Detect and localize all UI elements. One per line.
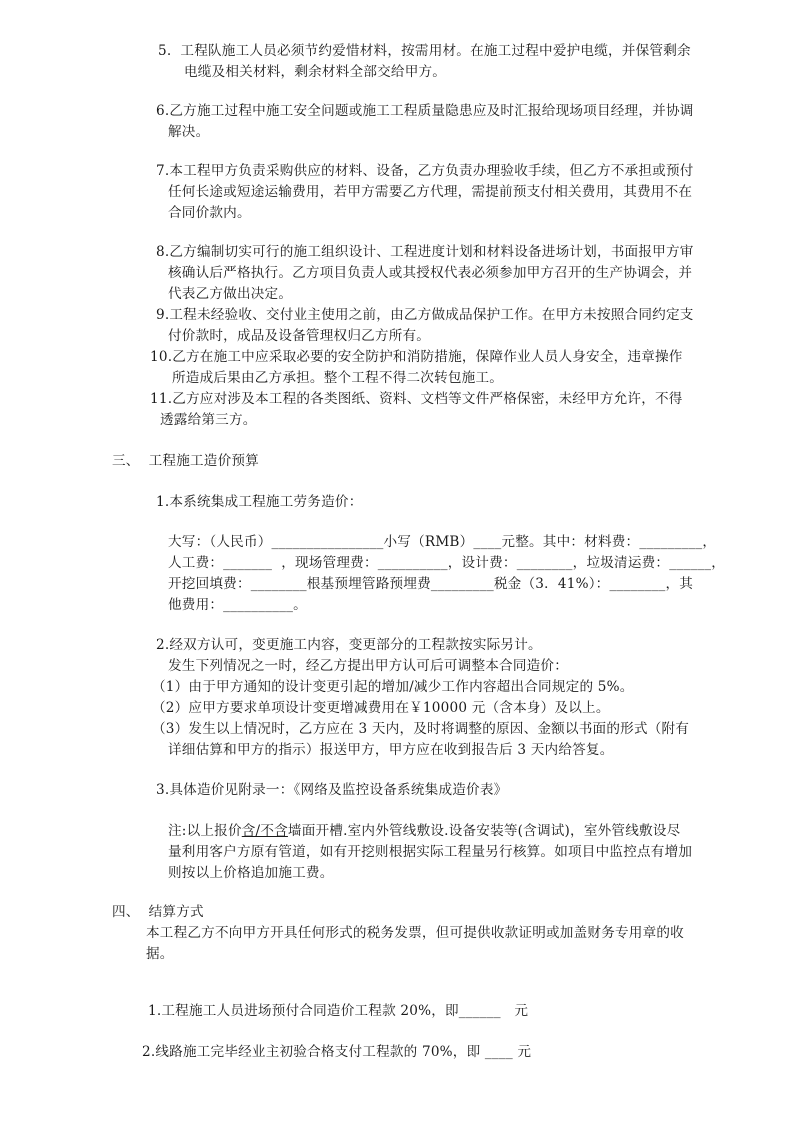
section-4-heading: 四、 结算方式 [112, 903, 204, 921]
price-item-2-line-1: 2.经双方认可，变更施工内容，变更部分的工程款按实际另计。 [156, 636, 542, 654]
note-line-2: 量利用客户方原有管道，如有开挖则根据实际工程量另行核算。如项目中监控点有增加 [168, 843, 692, 861]
price-breakdown-line-1: 大写：（人民币）________________小写（RMB）____元整。其中… [168, 533, 716, 551]
payment-item-2: 2.线路施工完毕经业主初验合格支付工程款的 70%，即 ____ 元 [142, 1043, 531, 1061]
condition-2: （2）应甲方要求单项设计变更增减费用在￥10000 元（含本身）及以上。 [152, 699, 610, 717]
clause-11-line-1: 11.乙方应对涉及本工程的各类图纸、资料、文档等文件严格保密，未经甲方允许，不得 [150, 390, 683, 408]
clause-5-line-1: 5. 工程队施工人员必须节约爱惜材料，按需用材。在施工过程中爱护电缆，并保管剩余 [158, 42, 691, 60]
settlement-line-1: 本工程乙方不向甲方开具任何形式的税务发票，但可提供收款证明或加盖财务专用章的收 [146, 924, 684, 942]
note-underlined-option: 含/不含 [242, 823, 288, 839]
clause-7-line-2: 任何长途或短途运输费用，若甲方需要乙方代理，需提前预支付相关费用，其费用不在 [168, 183, 692, 201]
clause-7-line-1: 7.本工程甲方负责采购供应的材料、设备，乙方负责办理验收手续，但乙方不承担或预付 [156, 162, 694, 180]
clause-5-line-2: 电缆及相关材料，剩余材料全部交给甲方。 [184, 63, 446, 81]
condition-1: （1）由于甲方通知的设计变更引起的增加/减少工作内容超出合同规定的 5%。 [152, 678, 634, 696]
note-prefix: 注:以上报价 [168, 823, 242, 839]
price-item-2-line-2: 发生下列情况之一时，经乙方提出甲方认可后可调整本合同造价： [168, 657, 568, 675]
clause-7-line-3: 合同价款内。 [168, 204, 251, 222]
condition-3-line-2: 详细估算和甲方的指示）报送甲方，甲方应在收到报告后 3 天内给答复。 [168, 741, 614, 759]
note-line-1: 注:以上报价含/不含墙面开槽.室内外管线敷设.设备安装等(含调试)，室外管线敷设… [168, 822, 680, 840]
price-breakdown-line-2: 人工费：_______ ，现场管理费：__________，设计费：______… [168, 554, 725, 572]
payment-item-1: 1.工程施工人员进场预付合同造价工程款 20%，即______ 元 [148, 1002, 528, 1020]
price-item-1-title: 1.本系统集成工程施工劳务造价： [156, 493, 362, 511]
clause-9-line-1: 9.工程未经验收、交付业主使用之前，由乙方做成品保护工作。在甲方未按照合同约定支 [156, 306, 694, 324]
price-breakdown-line-3: 开挖回填费：________根基预埋管路预埋费_________税金（3．41%… [168, 575, 693, 593]
section-3-heading: 三、 工程施工造价预算 [112, 452, 259, 470]
price-breakdown-line-4: 他费用：__________。 [168, 596, 307, 614]
clause-8-line-1: 8.乙方编制切实可行的施工组织设计、工程进度计划和材料设备进场计划，书面报甲方审 [156, 243, 694, 261]
clause-6-line-1: 6.乙方施工过程中施工安全问题或施工工程质量隐患应及时汇报给现场项目经理，并协调 [156, 102, 694, 120]
clause-10-line-2: 所造成后果由乙方承担。整个工程不得二次转包施工。 [172, 369, 503, 387]
settlement-line-2: 据。 [146, 945, 174, 963]
clause-8-line-3: 代表乙方做出决定。 [168, 285, 292, 303]
condition-3-line-1: （3）发生以上情况时，乙方应在 3 天内，及时将调整的原因、金额以书面的形式（附… [152, 720, 689, 738]
clause-11-line-2: 透露给第三方。 [160, 411, 257, 429]
clause-6-line-2: 解决。 [168, 123, 209, 141]
clause-9-line-2: 付价款时，成品及设备管理权归乙方所有。 [168, 327, 430, 345]
price-item-3: 3.具体造价见附录一：《网络及监控设备系统集成造价表》 [156, 781, 507, 799]
note-rest: 墙面开槽.室内外管线敷设.设备安装等(含调试)，室外管线敷设尽 [288, 823, 680, 839]
clause-10-line-1: 10.乙方在施工中应采取必要的安全防护和消防措施，保障作业人员人身安全，违章操作 [150, 348, 683, 366]
note-line-3: 则按以上价格追加施工费。 [168, 864, 334, 882]
clause-8-line-2: 核确认后严格执行。乙方项目负责人或其授权代表必须参加甲方召开的生产协调会，并 [168, 264, 692, 282]
